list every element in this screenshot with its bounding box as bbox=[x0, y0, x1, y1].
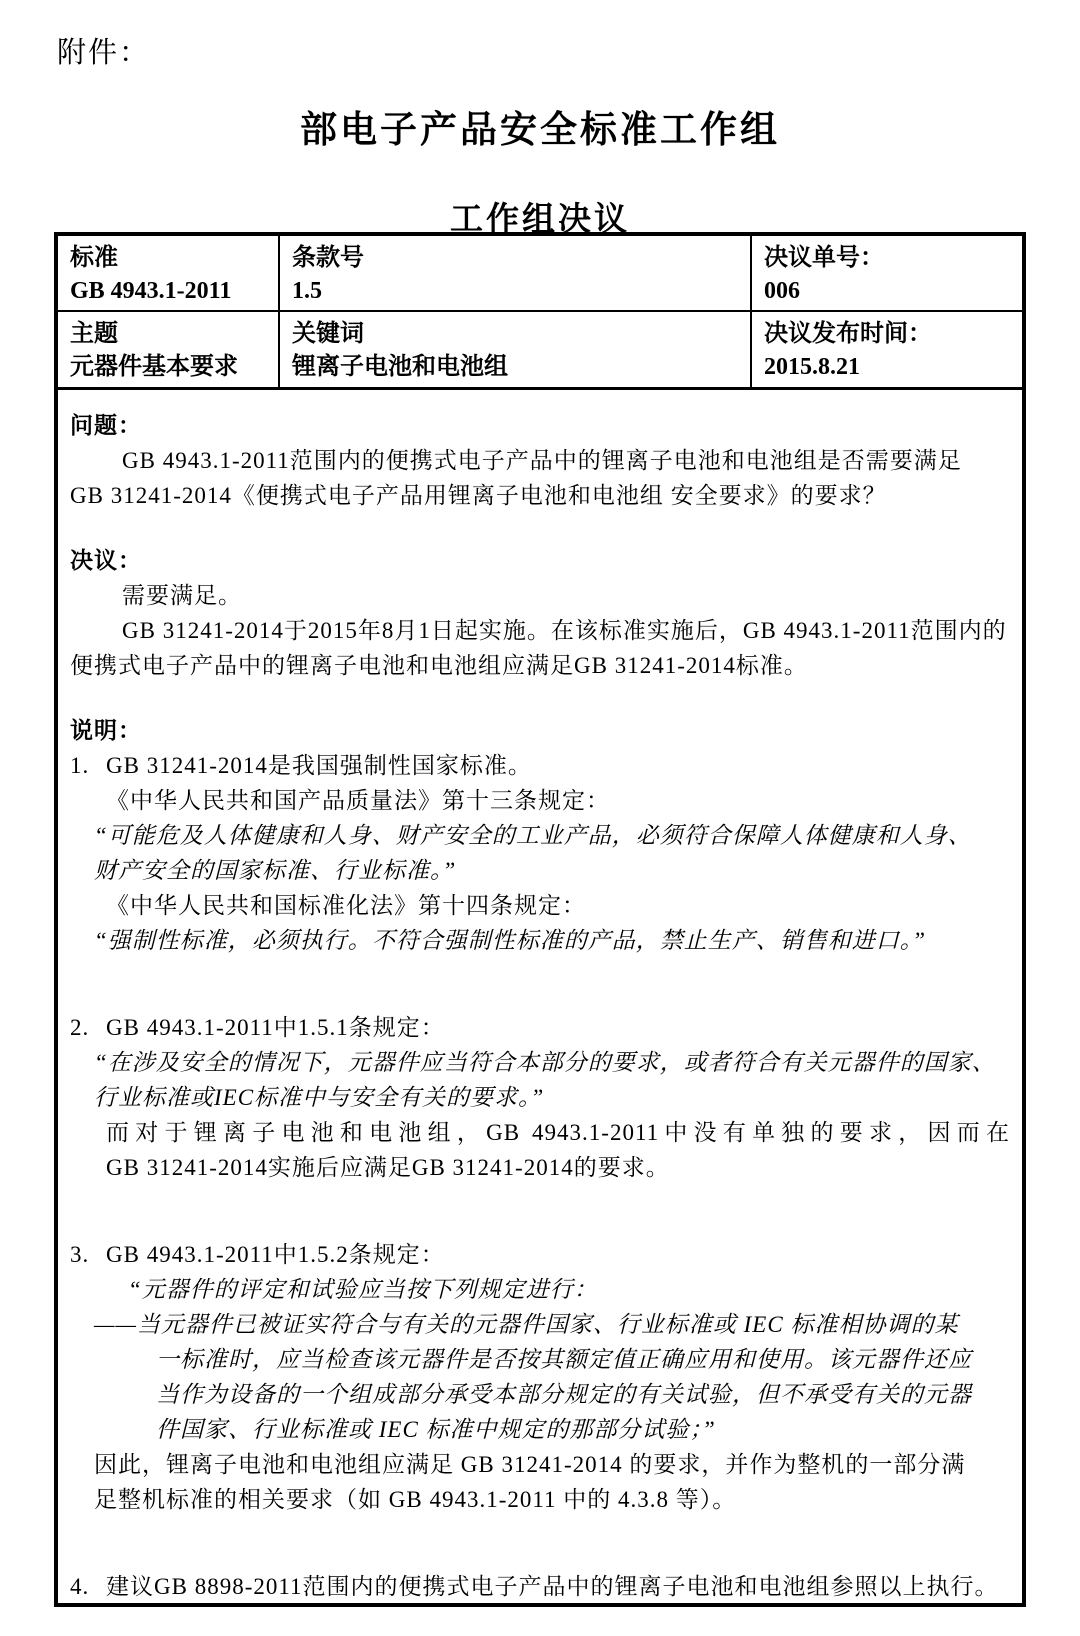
body-line: 因此，锂离子电池和电池组应满足 GB 31241-2014 的要求，并作为整机的… bbox=[70, 1447, 1012, 1482]
item-number: 4. bbox=[70, 1569, 106, 1604]
body-line: 行业标准或IEC标准中与安全有关的要求。” bbox=[70, 1080, 1012, 1115]
question-label: 问题： bbox=[70, 408, 1012, 443]
body-line: 4.建议GB 8898-2011范围内的便携式电子产品中的锂离子电池和电池组参照… bbox=[70, 1569, 1012, 1604]
cell-keywords: 关键词 锂离子电池和电池组 bbox=[280, 312, 752, 390]
standard-value: GB 4943.1-2011 bbox=[70, 275, 270, 308]
body-line: 足整机标准的相关要求（如 GB 4943.1-2011 中的 4.3.8 等）。 bbox=[70, 1482, 1012, 1517]
item-text: GB 4943.1-2011中1.5.2条规定： bbox=[106, 1237, 445, 1272]
cell-subject: 主题 元器件基本要求 bbox=[58, 312, 280, 390]
cell-standard: 标准 GB 4943.1-2011 bbox=[58, 236, 280, 312]
body-line: “可能危及人体健康和人身、财产安全的工业产品，必须符合保障人体健康和人身、 bbox=[70, 818, 1012, 853]
item-text: GB 31241-2014是我国强制性国家标准。 bbox=[106, 748, 532, 783]
body-line: “在涉及安全的情况下，元器件应当符合本部分的要求，或者符合有关元器件的国家、 bbox=[70, 1045, 1012, 1080]
keywords-value: 锂离子电池和电池组 bbox=[292, 351, 742, 384]
body-line: “强制性标准，必须执行。不符合强制性标准的产品，禁止生产、销售和进口。” bbox=[70, 923, 1012, 958]
body-line: 一标准时，应当检查该元器件是否按其额定值正确应用和使用。该元器件还应 bbox=[70, 1342, 1012, 1377]
clause-number-label: 条款号 bbox=[292, 242, 742, 275]
item-text: 建议GB 8898-2011范围内的便携式电子产品中的锂离子电池和电池组参照以上… bbox=[106, 1569, 999, 1604]
resolution-number-label: 决议单号： bbox=[764, 242, 1014, 275]
document-title: 部电子产品安全标准工作组 bbox=[0, 99, 1080, 153]
item-text: GB 4943.1-2011中1.5.1条规定： bbox=[106, 1010, 445, 1045]
cell-publish-date: 决议发布时间： 2015.8.21 bbox=[752, 312, 1022, 390]
resolution-body: 问题：GB 4943.1-2011范围内的便携式电子产品中的锂离子电池和电池组是… bbox=[58, 390, 1022, 1604]
item-number: 2. bbox=[70, 1010, 106, 1045]
publish-date-value: 2015.8.21 bbox=[764, 351, 1014, 384]
body-line: 1.GB 31241-2014是我国强制性国家标准。 bbox=[70, 748, 1012, 783]
body-line: 便携式电子产品中的锂离子电池和电池组应满足GB 31241-2014标准。 bbox=[70, 648, 1012, 683]
item-number: 3. bbox=[70, 1237, 106, 1272]
clause-number-value: 1.5 bbox=[292, 275, 742, 308]
body-line: 《中华人民共和国标准化法》第十四条规定： bbox=[70, 888, 1012, 923]
keywords-label: 关键词 bbox=[292, 318, 742, 351]
body-line: 3.GB 4943.1-2011中1.5.2条规定： bbox=[70, 1237, 1012, 1272]
body-line: ——当元器件已被证实符合与有关的元器件国家、行业标准或 IEC 标准相协调的某 bbox=[70, 1307, 1012, 1342]
body-line: 需要满足。 bbox=[70, 578, 1012, 613]
body-line: 件国家、行业标准或 IEC 标准中规定的那部分试验；” bbox=[70, 1412, 1012, 1447]
info-table-row-1: 标准 GB 4943.1-2011 条款号 1.5 决议单号： 006 bbox=[58, 236, 1022, 312]
body-line: GB 31241-2014于2015年8月1日起实施。在该标准实施后，GB 49… bbox=[70, 613, 1012, 648]
attachment-label: 附件： bbox=[57, 30, 1080, 71]
subject-value: 元器件基本要求 bbox=[70, 351, 270, 384]
body-line: 《中华人民共和国产品质量法》第十三条规定： bbox=[70, 783, 1012, 818]
body-line: GB 31241-2014实施后应满足GB 31241-2014的要求。 bbox=[70, 1150, 1012, 1185]
explanation-label: 说明： bbox=[70, 713, 1012, 748]
document-page: 附件： 部电子产品安全标准工作组 工作组决议 标准 GB 4943.1-2011… bbox=[0, 0, 1080, 1636]
cell-resolution-number: 决议单号： 006 bbox=[752, 236, 1022, 312]
body-line: 2.GB 4943.1-2011中1.5.1条规定： bbox=[70, 1010, 1012, 1045]
body-line: 当作为设备的一个组成部分承受本部分规定的有关试验，但不承受有关的元器 bbox=[70, 1377, 1012, 1412]
info-table-row-2: 主题 元器件基本要求 关键词 锂离子电池和电池组 决议发布时间： 2015.8.… bbox=[58, 312, 1022, 390]
body-line: 财产安全的国家标准、行业标准。” bbox=[70, 853, 1012, 888]
standard-label: 标准 bbox=[70, 242, 270, 275]
cell-clause-number: 条款号 1.5 bbox=[280, 236, 752, 312]
body-line: 而对于锂离子电池和电池组，GB 4943.1-2011中没有单独的要求，因而在 bbox=[70, 1115, 1012, 1150]
resolution-number-value: 006 bbox=[764, 275, 1014, 308]
body-line: GB 4943.1-2011范围内的便携式电子产品中的锂离子电池和电池组是否需要… bbox=[70, 443, 1012, 478]
subject-label: 主题 bbox=[70, 318, 270, 351]
body-line: GB 31241-2014《便携式电子产品用锂离子电池和电池组 安全要求》的要求… bbox=[70, 478, 1012, 513]
publish-date-label: 决议发布时间： bbox=[764, 318, 1014, 351]
resolution-label: 决议： bbox=[70, 543, 1012, 578]
resolution-table: 标准 GB 4943.1-2011 条款号 1.5 决议单号： 006 主题 元… bbox=[54, 232, 1026, 1607]
item-number: 1. bbox=[70, 748, 106, 783]
body-line: “元器件的评定和试验应当按下列规定进行： bbox=[70, 1272, 1012, 1307]
